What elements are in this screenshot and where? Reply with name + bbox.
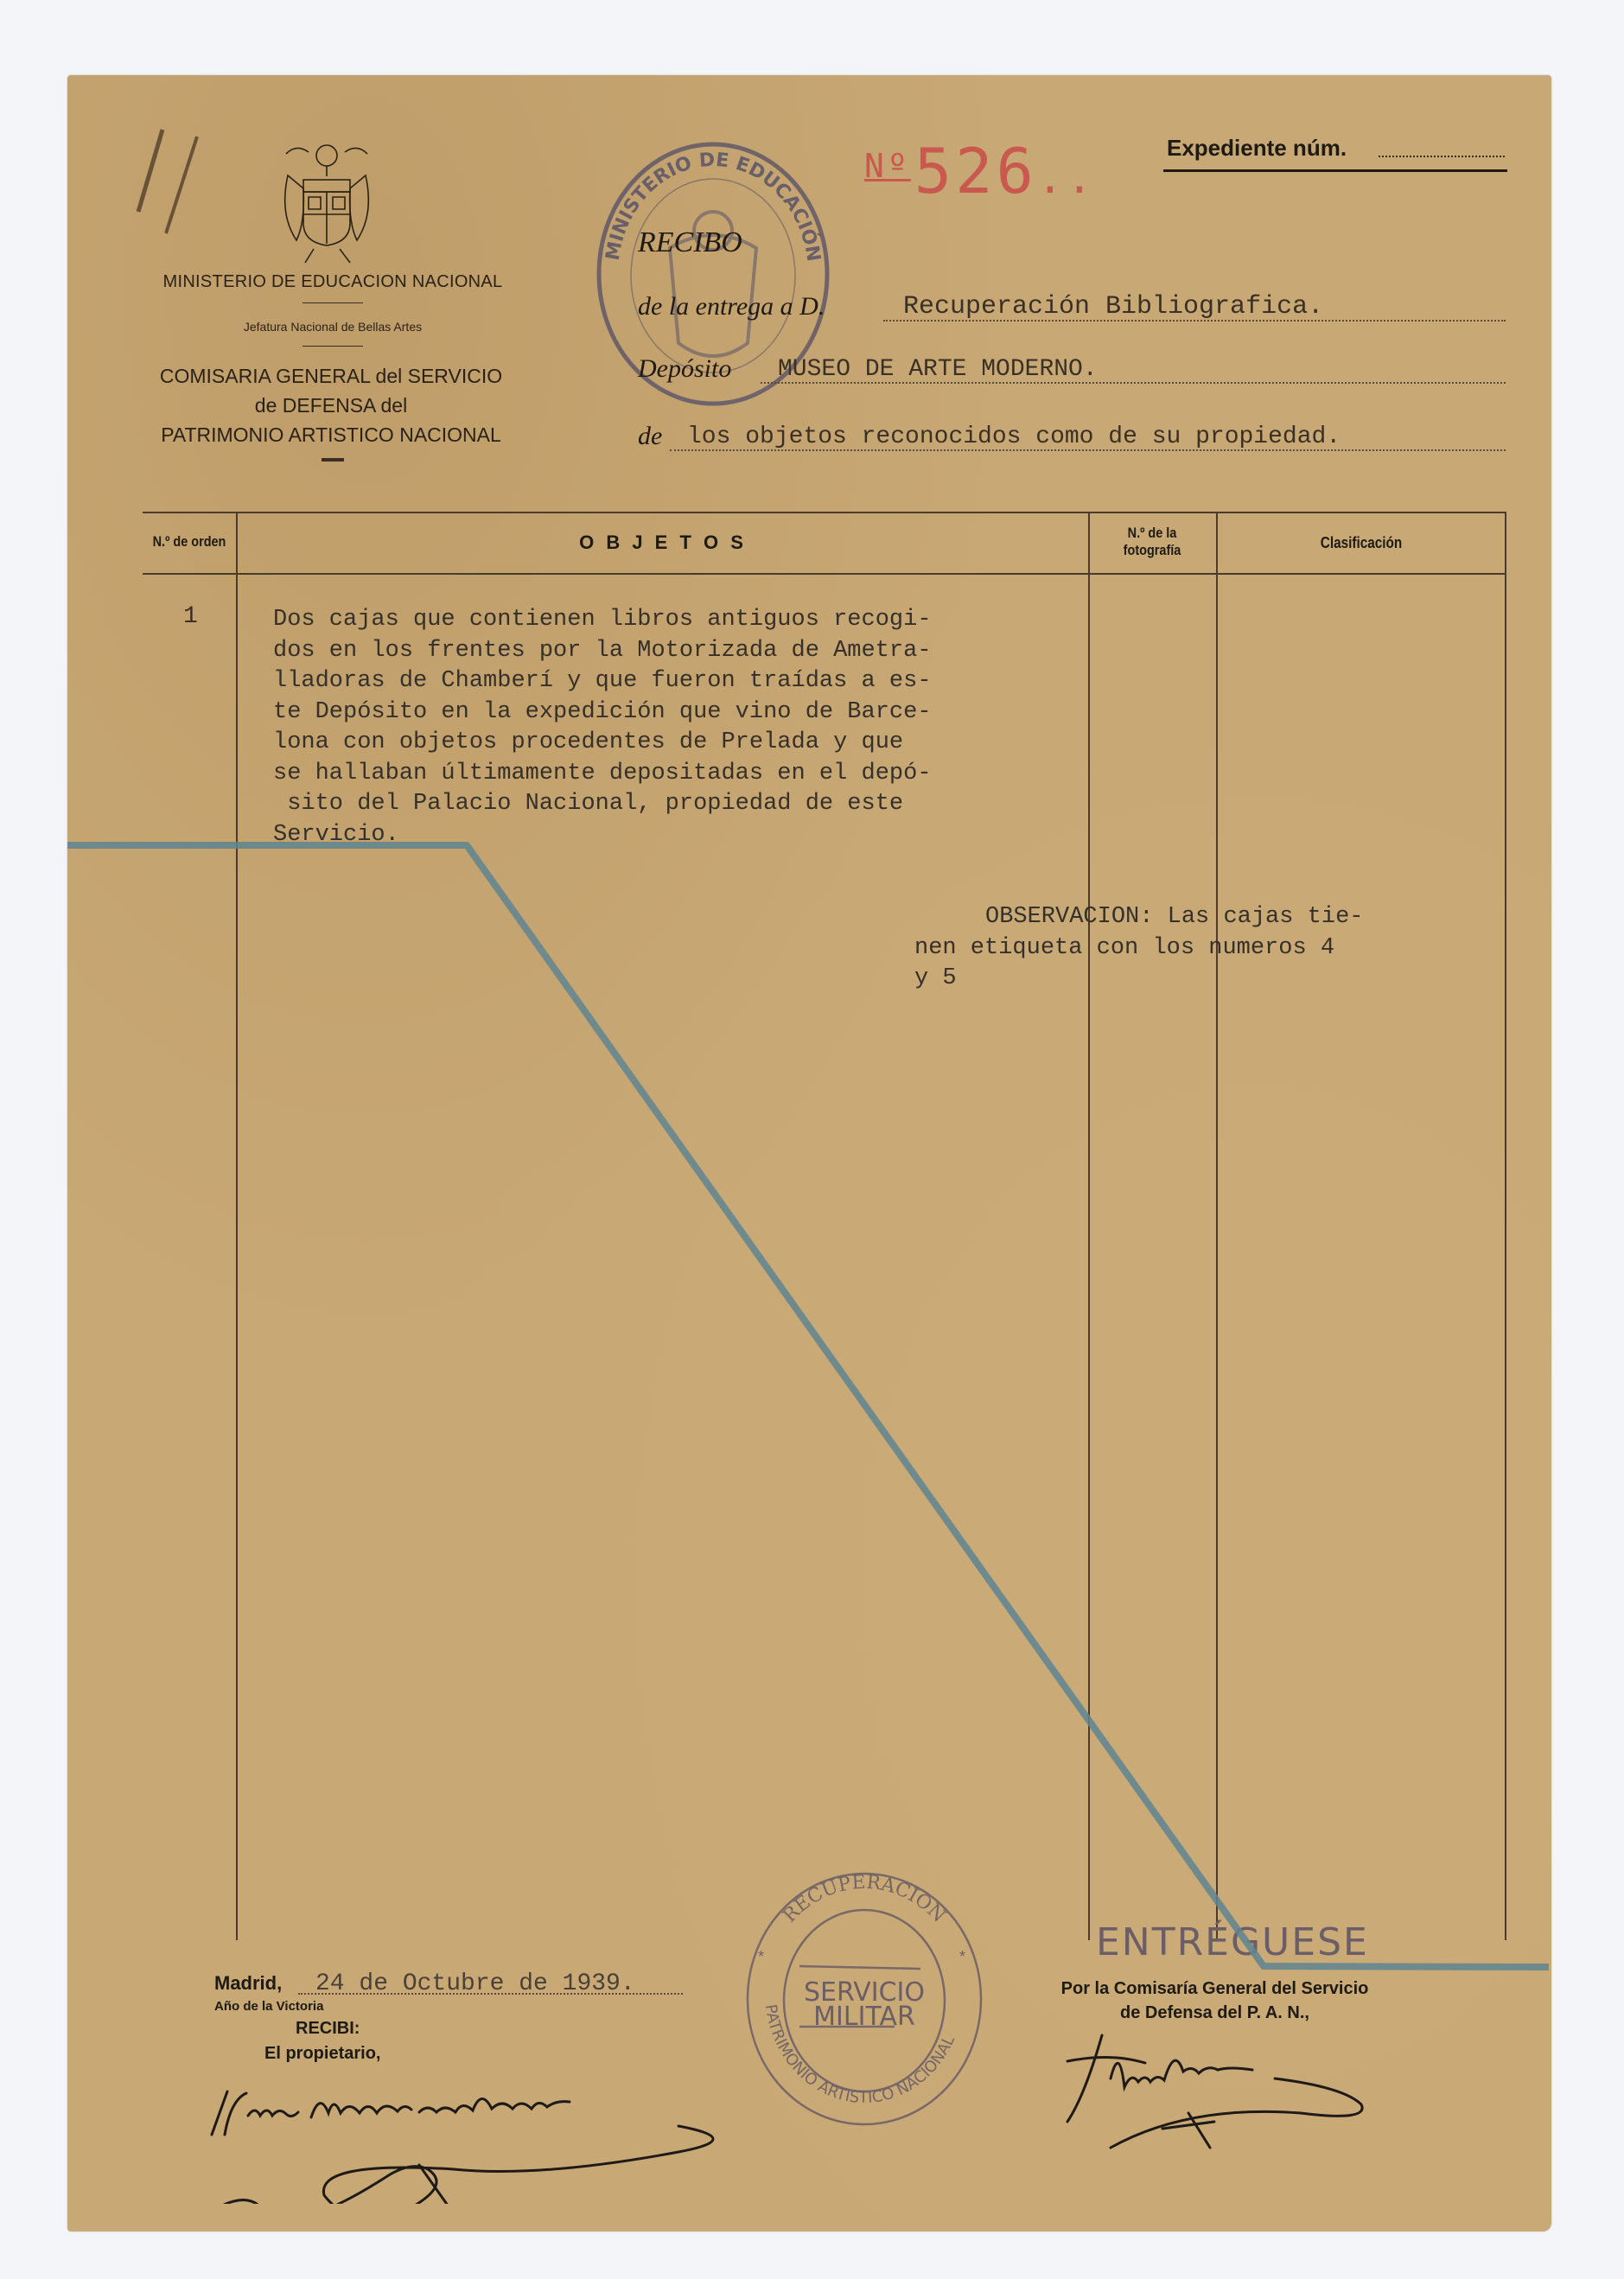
observation-note: OBSERVACION: Las cajas tie- nen etiqueta…: [914, 902, 1363, 995]
svg-text:*: *: [758, 1948, 764, 1965]
department-name: Jefatura Nacional de Bellas Artes: [160, 320, 506, 334]
recuperacion-stamp: RECUPERACION PATRIMONIO ARTISTICO NACION…: [739, 1871, 990, 2135]
description-line: te Depósito en la expedición que vino de…: [273, 697, 932, 729]
svg-text:RECUPERACION: RECUPERACION: [779, 1872, 949, 1927]
owner-label: El propietario,: [264, 2044, 380, 2064]
expediente-label: Expediente núm.: [1167, 135, 1347, 162]
table-header-border: [143, 573, 1506, 575]
column-divider: [1088, 513, 1090, 1940]
deposit-label: Depósito: [638, 354, 731, 384]
column-divider: [236, 513, 238, 1940]
received-label: RECIBI:: [296, 2019, 360, 2039]
observation-line: OBSERVACION: Las cajas tie-: [914, 902, 1363, 933]
expediente-field[interactable]: [1379, 156, 1505, 157]
deposit-value: MUSEO DE ARTE MODERNO.: [778, 356, 1098, 383]
observation-line: nen etiqueta con los numeros 4: [914, 933, 1363, 964]
receipt-number-suffix: ..: [1037, 153, 1096, 203]
column-divider: [1216, 513, 1218, 1940]
column-header-objects: O B J E T O S: [238, 532, 1088, 554]
description-line: Dos cajas que contienen libros antiguos …: [273, 605, 932, 636]
receipt-number-stamp: Nº526..: [864, 135, 1096, 207]
pencil-marks: [95, 112, 259, 251]
description-line: lladoras de Chamberí y que fueron traída…: [273, 666, 932, 697]
table-top-border: [143, 512, 1506, 513]
objects-value: los objetos reconocidos como de su propi…: [687, 423, 1341, 450]
divider: [303, 346, 363, 347]
receipt-number: 526: [914, 135, 1037, 207]
row-order-number: 1: [183, 603, 198, 630]
ministry-name: MINISTERIO DE EDUCACION NACIONAL: [160, 272, 506, 292]
place-label: Madrid,: [214, 1972, 282, 1995]
description-line: dos en los frentes por la Motorizada de …: [273, 636, 932, 667]
year-motto: Año de la Victoria: [214, 1999, 323, 2014]
column-header-classification: Clasificación: [1239, 534, 1483, 552]
table-right-border: [1505, 513, 1506, 1940]
description-line: se hallaban últimamente depositadas en e…: [273, 759, 932, 790]
objects-label: de: [638, 422, 662, 451]
commission-line-3: PATRIMONIO ARTISTICO NACIONAL: [137, 420, 525, 449]
approval-stamp: ENTRÉGUESE: [1096, 1920, 1369, 1964]
owner-signature: [194, 2066, 765, 2208]
observation-line: y 5: [914, 964, 1363, 995]
authority-line-2: de Defensa del P. A. N.,: [1018, 2003, 1411, 2023]
description-line: Servicio.: [273, 820, 932, 851]
coat-of-arms-eagle-icon: [279, 137, 374, 266]
commission-name: COMISARIA GENERAL del SERVICIO de DEFENS…: [137, 361, 525, 449]
authority-signature: [1059, 2027, 1404, 2161]
description-line: sito del Palacio Nacional, propiedad de …: [273, 789, 932, 820]
svg-text:*: *: [959, 1948, 965, 1965]
receipt-title: RECIBO: [638, 226, 742, 259]
commission-line-1: COMISARIA GENERAL del SERVICIO: [137, 361, 525, 391]
column-header-order: N.º de orden: [150, 533, 229, 551]
authority-line-1: Por la Comisaría General del Servicio: [1018, 1979, 1411, 1999]
number-sign: Nº: [864, 147, 911, 185]
commission-line-2: de DEFENSA del: [137, 391, 525, 420]
description-line: lona con objetos procedentes de Prelada …: [273, 728, 932, 759]
date-value: 24 de Octubre de 1939.: [315, 1970, 635, 1997]
delivery-label: de la entrega a D.: [638, 292, 825, 321]
divider: [303, 302, 363, 303]
divider: [322, 458, 344, 462]
delivery-value: Recuperación Bibliografica.: [903, 292, 1323, 321]
row-objects-description: Dos cajas que contienen libros antiguos …: [273, 605, 932, 850]
svg-text:MILITAR: MILITAR: [813, 2002, 915, 2032]
expediente-underline: [1163, 169, 1507, 172]
column-header-photo: N.º de la fotografía: [1110, 525, 1195, 559]
